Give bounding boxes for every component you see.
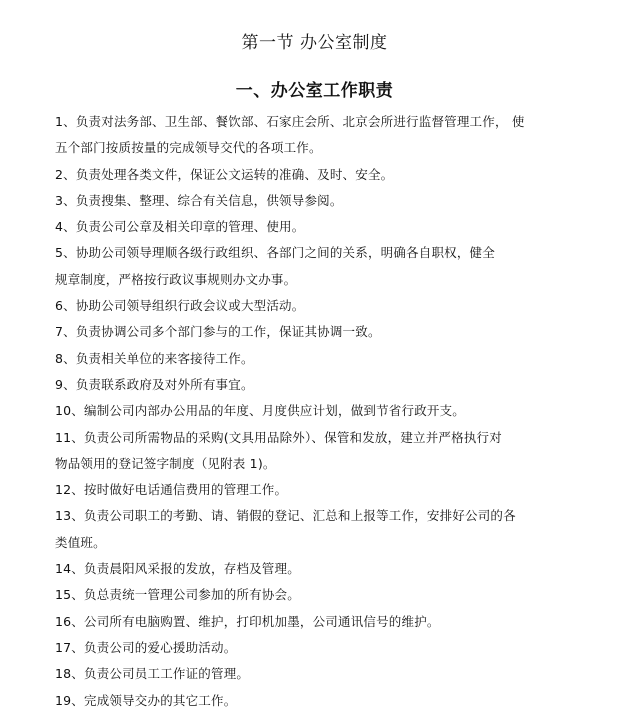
list-item: 7、负责协调公司多个部门参与的工作，保证其协调一致。	[55, 319, 570, 345]
list-item-continuation: 规章制度，严格按行政议事规则办文办事。	[55, 267, 570, 293]
list-item: 6、协助公司领导组织行政会议或大型活动。	[55, 293, 570, 319]
section-title: 第一节 办公室制度	[0, 28, 629, 53]
list-item: 4、负责公司公章及相关印章的管理、使用。	[55, 214, 570, 240]
list-item: 8、负责相关单位的来客接待工作。	[55, 346, 570, 372]
list-item: 13、负责公司职工的考勤、请、销假的登记、汇总和上报等工作，安排好公司的各	[55, 503, 570, 529]
list-item-continuation: 物品领用的登记签字制度（见附表 1)。	[55, 451, 570, 477]
list-item: 12、按时做好电话通信费用的管理工作。	[55, 477, 570, 503]
list-item: 1、负责对法务部、卫生部、餐饮部、石家庄会所、北京会所进行监督管理工作， 使	[55, 109, 570, 135]
list-item-continuation: 类值班。	[55, 530, 570, 556]
list-item: 2、负责处理各类文件，保证公文运转的准确、及时、安全。	[55, 162, 570, 188]
list-item-continuation: 五个部门按质按量的完成领导交代的各项工作。	[55, 135, 570, 161]
section-heading: 一、办公室工作职责	[0, 76, 629, 101]
list-item: 15、负总责统一管理公司参加的所有协会。	[55, 582, 570, 608]
list-item: 11、负责公司所需物品的采购(文具用品除外）、保管和发放，建立并严格执行对	[55, 425, 570, 451]
list-item: 10、编制公司内部办公用品的年度、月度供应计划，做到节省行政开支。	[55, 398, 570, 424]
list-item: 17、负责公司的爱心援助活动。	[55, 635, 570, 661]
list-item: 16、公司所有电脑购置、维护，打印机加墨，公司通讯信号的维护。	[55, 609, 570, 635]
list-item: 18、负责公司员工工作证的管理。	[55, 661, 570, 687]
list-item: 14、负责晨阳风采报的发放，存档及管理。	[55, 556, 570, 582]
list-item: 19、完成领导交办的其它工作。	[55, 688, 570, 714]
list-item: 5、协助公司领导理顺各级行政组织、各部门之间的关系，明确各自职权，健全	[55, 240, 570, 266]
list-item: 3、负责搜集、整理、综合有关信息，供领导参阅。	[55, 188, 570, 214]
list-item: 9、负责联系政府及对外所有事宜。	[55, 372, 570, 398]
duty-list: 1、负责对法务部、卫生部、餐饮部、石家庄会所、北京会所进行监督管理工作， 使 五…	[55, 109, 570, 714]
